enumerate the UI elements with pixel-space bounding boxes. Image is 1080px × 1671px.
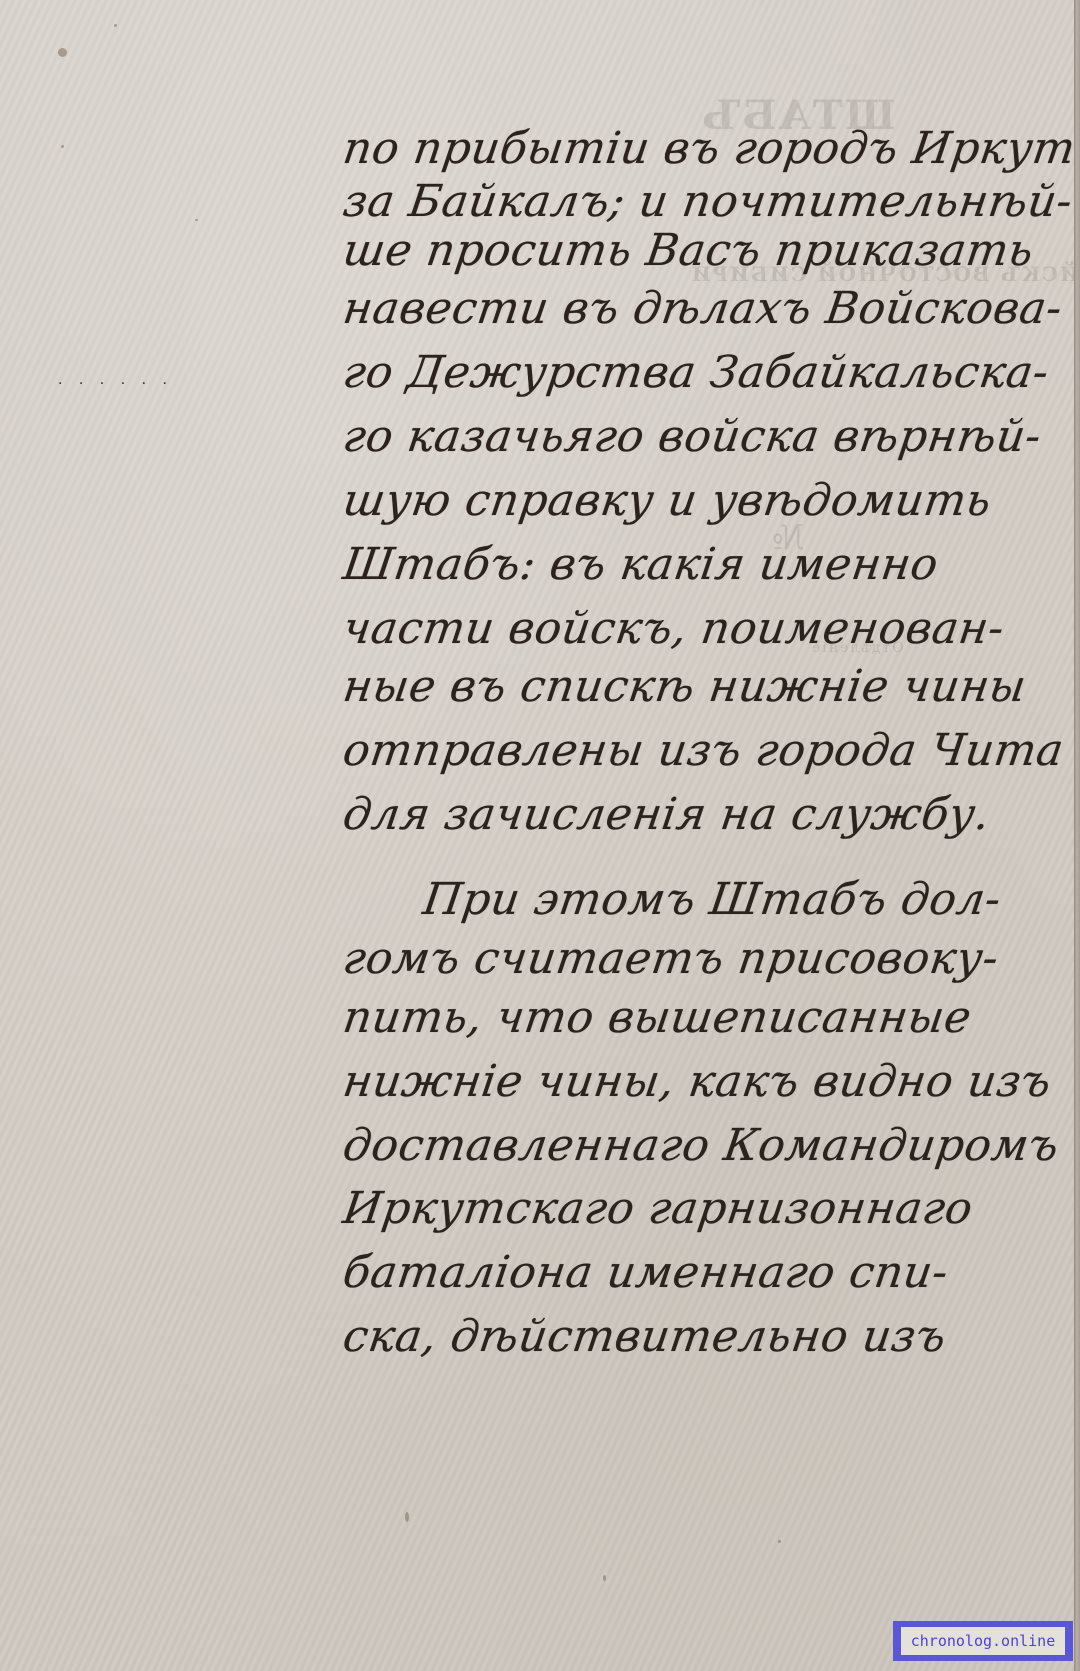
text-line: отправлены изъ города Чита [340, 726, 1067, 776]
text-line: ска, дѣйствительно изъ [340, 1312, 949, 1362]
text-line: ные въ спискѣ нижніе чины [340, 662, 1029, 712]
text-line: части войскъ, поименован- [340, 604, 1007, 654]
text-line: го казачьяго войска вѣрнѣй- [340, 412, 1044, 462]
text-line: для зачисленія на службу. [340, 790, 993, 840]
watermark-badge: chronolog.online [893, 1621, 1073, 1661]
text-line: по прибытіи въ городъ Иркутскъ [340, 124, 1080, 174]
text-line: шую справку и увѣдомить [340, 476, 994, 526]
page-edge [1074, 0, 1080, 1671]
text-line: Штабъ: въ какія именно [340, 540, 941, 590]
text-line: нижніе чины, какъ видно изъ [340, 1057, 1054, 1107]
text-line: пить, что вышеписанные [340, 993, 974, 1043]
text-line-paragraph-start: При этомъ Штабъ дол- [420, 875, 1004, 925]
text-line: Иркутскаго гарнизоннаго [340, 1184, 976, 1234]
text-line: гомъ считаетъ присовоку- [340, 934, 1002, 984]
text-line: доставленнаго Командиромъ [340, 1121, 1062, 1171]
text-line: ше просить Васъ приказать [340, 226, 1037, 276]
text-line: баталіона именнаго спи- [340, 1248, 951, 1298]
text-line: навести въ дѣлахъ Войскова- [340, 284, 1065, 334]
text-line: го Дежурства Забайкальска- [340, 348, 1052, 398]
text-line: за Байкалъ; и почтительнѣй- [340, 177, 1076, 227]
watermark-text: chronolog.online [901, 1627, 1065, 1655]
manuscript-text: по прибытіи въ городъ Иркутскъ за Байкал… [0, 0, 1080, 1671]
manuscript-page: ШТАБЪ ВОЙСКЪ ВОСТОЧНОЙ СИБИРИ № Отдѣлені… [0, 0, 1075, 1671]
